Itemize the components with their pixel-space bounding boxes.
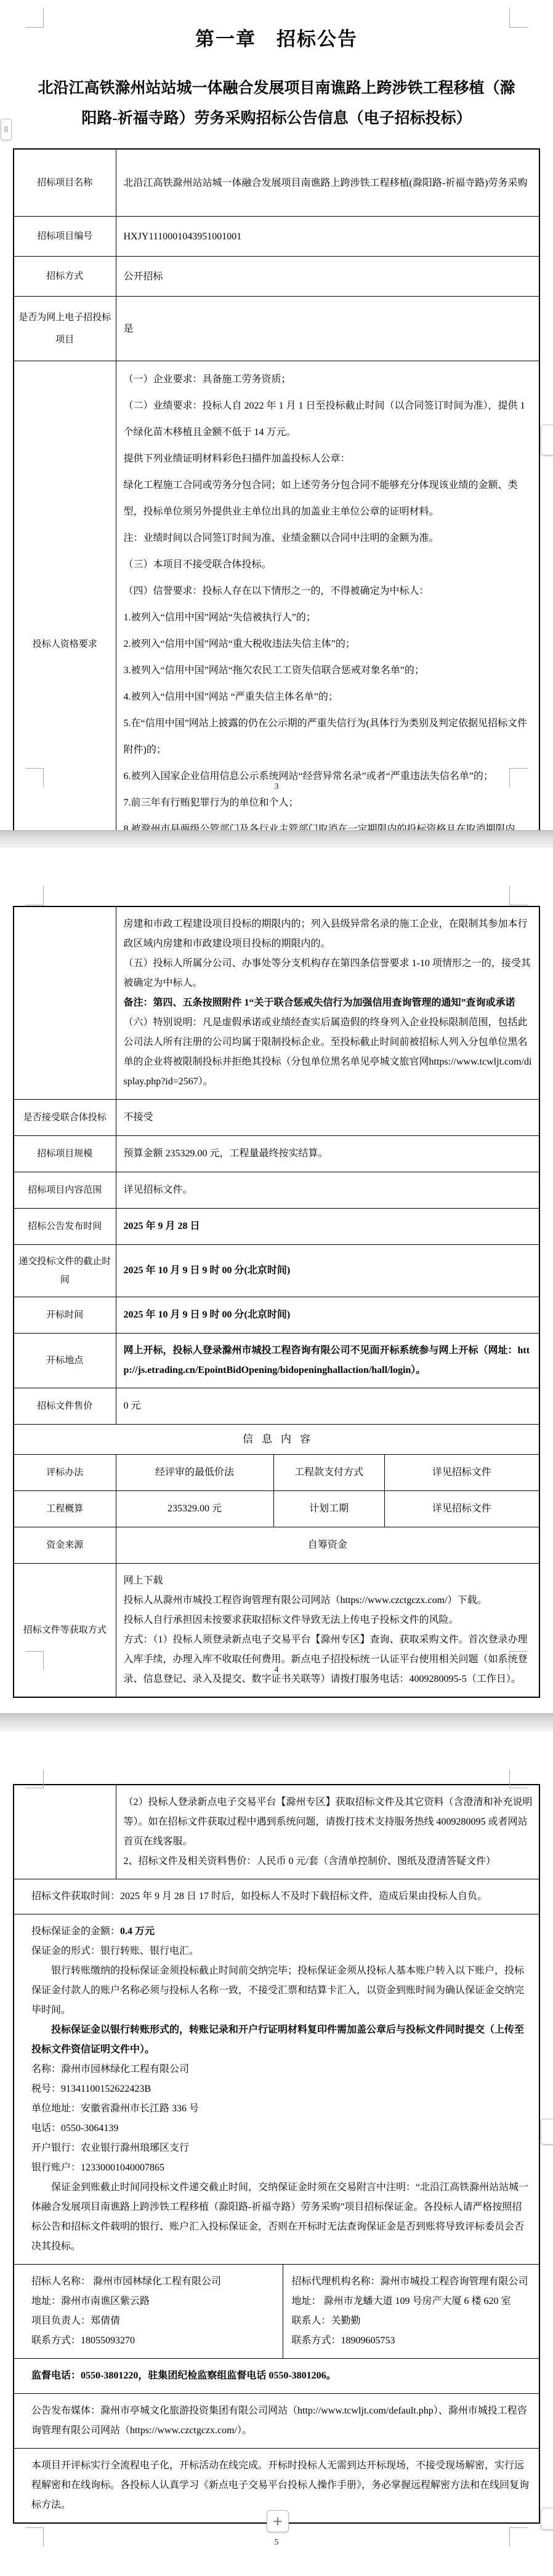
- row-doc-price: 招标文件售价 0 元: [14, 1388, 539, 1425]
- open-place-value: 网上开标，投标人登录滁州市城投工程咨询有限公司不见面开标系统参与网上开标（网址：…: [116, 1334, 539, 1388]
- doc-fetch-label-empty: [14, 1785, 116, 1879]
- row-project-scope: 招标项目内容范围 详见招标文件。: [14, 1172, 539, 1209]
- fund-source-value: 自筹资金: [116, 1527, 539, 1564]
- deposit-amount-value: 0.4 万元: [120, 1926, 155, 1937]
- row-supervise-phone: 监督电话：0550-3801220，驻集团纪检监察组监督电话 0550-3801…: [14, 2359, 539, 2394]
- row-online-ebid: 是否为网上电子招投标项目 是: [14, 297, 539, 361]
- bidder-manager: 项目负责人：郑倩倩: [31, 2311, 274, 2331]
- bidder-address: 地址：滁州市南谯区紫云路: [31, 2292, 274, 2311]
- row-tender-method: 招标方式 公开招标: [14, 257, 539, 297]
- qualification-para: 7.前三年有行贿犯罪行为的单位和个人；: [124, 790, 533, 816]
- info-content-header: 信息内容: [14, 1425, 539, 1455]
- project-name-label: 招标项目名称: [14, 149, 116, 217]
- add-page-button[interactable]: +: [267, 2510, 289, 2532]
- side-toolbar-button[interactable]: [541, 425, 553, 455]
- tender-method-label: 招标方式: [14, 257, 116, 297]
- margin-corner-mark: [509, 9, 528, 28]
- row-project-no: 招标项目编号 HXJY1110001043951001001: [14, 217, 539, 257]
- qualification-label: 投标人资格要求: [14, 361, 116, 831]
- row-announce-time: 招标公告发布时间 2025 年 9 月 28 日: [14, 1209, 539, 1245]
- row-submit-deadline: 递交投标文件的截止时间 2025 年 10 月 9 日 9 时 00 分(北京时…: [14, 1245, 539, 1297]
- project-scale-value: 预算金额 235329.00 元，工程量最终按实结算。: [116, 1136, 539, 1172]
- bidder-phone: 联系方式：18055093270: [31, 2331, 274, 2351]
- deposit-form-line: 保证金的形式：银行转账、银行电汇。: [31, 1942, 530, 1961]
- qualification-para: （二）业绩要求：投标人自 2022 年 1 月 1 日至投标截止时间（以合同签订…: [124, 393, 533, 446]
- pay-method-label: 工程款支付方式: [273, 1455, 384, 1491]
- page-gap: [0, 1713, 553, 1731]
- budget-label: 工程概算: [14, 1491, 116, 1527]
- submit-deadline-label: 递交投标文件的截止时间: [14, 1245, 116, 1297]
- tender-info-table-continued: 房建和市政工程建设项目投标的期限内的；列入县级异常名录的施工企业，在限制其参加本…: [13, 906, 540, 1698]
- qualification-para: 房建和市政工程建设项目投标的期限内的；列入县级异常名录的施工企业，在限制其参加本…: [124, 914, 533, 954]
- qualification-para: 3.被列入“信用中国”网站“拖欠农民工工资失信联合惩戒对象名单”的；: [124, 657, 533, 684]
- deposit-unit-address: 单位地址：安徽省滁州市长江路 336 号: [31, 2099, 530, 2119]
- qualification-para: （六）特别说明：凡是虚假承诺或业绩经查实后属造假的终身列入企业投标限制范围，包括…: [124, 1013, 533, 1092]
- qualification-para: 1.被列入“信用中国”网站“失信被执行人”的；: [124, 604, 533, 631]
- doc-price-value: 0 元: [116, 1388, 539, 1425]
- row-qualification: 投标人资格要求 （一）企业要求：具备施工劳务资质； （二）业绩要求：投标人自 2…: [14, 361, 539, 831]
- row-contacts: 招标人名称： 滁州市园林绿化工程有限公司 地址：滁州市南谯区紫云路 项目负责人：…: [14, 2265, 539, 2359]
- margin-corner-mark: [25, 9, 44, 28]
- qualification-para: （一）企业要求：具备施工劳务资质；: [124, 366, 533, 393]
- doc-fetch-para: （2）投标人登录新点电子交易平台【滁州专区】获取招标文件及其它资料（含澄清和补充…: [124, 1793, 533, 1852]
- announce-time-value: 2025 年 9 月 28 日: [116, 1209, 539, 1245]
- agency-phone: 联系方式：18909605753: [292, 2331, 531, 2351]
- open-place-label: 开标地点: [14, 1334, 116, 1388]
- qualification-note-para: 备注：第四、五条按照附件 1“关于联合惩戒失信行为加强信用查询管理的通知”查询或…: [124, 993, 533, 1013]
- doc-fetch-label: 招标文件等获取方式: [14, 1564, 116, 1698]
- doc-fetch-para: 网上下载: [124, 1571, 533, 1591]
- row-open-place: 开标地点 网上开标，投标人登录滁州市城投工程咨询有限公司不见面开标系统参与网上开…: [14, 1334, 539, 1388]
- eval-method-label: 评标办法: [14, 1455, 116, 1491]
- row-project-name: 招标项目名称 北沿江高铁滁州站站城一体融合发展项目南谯路上跨涉铁工程移植(滁阳路…: [14, 149, 539, 217]
- open-time-value: 2025 年 10 月 9 日 9 时 00 分(北京时间): [116, 1297, 539, 1334]
- page-2: 房建和市政工程建设项目投标的期限内的；列入县级异常名录的施工企业，在限制其参加本…: [0, 848, 553, 1713]
- qualification-label-empty: [14, 906, 116, 1100]
- page-3: （2）投标人登录新点电子交易平台【滁州专区】获取招标文件及其它资料（含澄清和补充…: [0, 1731, 553, 2576]
- project-name-value: 北沿江高铁滁州站站城一体融合发展项目南谯路上跨涉铁工程移植(滁阳路-祈福寺路)劳…: [116, 149, 539, 217]
- qualification-para: （四）信誉要求：投标人存在以下情形之一的，不得被确定为中标人：: [124, 578, 533, 604]
- qualification-para: 4.被列入“信用中国”网站 “严重失信主体名单”的；: [124, 684, 533, 710]
- agency-contact: 联系人：关勤勤: [292, 2311, 531, 2331]
- plus-icon: +: [272, 2514, 283, 2529]
- row-budget-duration: 工程概算 235329.00 元 计划工期 详见招标文件: [14, 1491, 539, 1527]
- row-eval-pay: 评标办法 经评审的最低价法 工程款支付方式 详见招标文件: [14, 1455, 539, 1491]
- tender-info-table-continued-2: （2）投标人登录新点电子交易平台【滁州专区】获取招标文件及其它资料（含澄清和补充…: [13, 1784, 540, 2524]
- pay-method-value: 详见招标文件: [384, 1455, 539, 1491]
- row-open-time: 开标时间 2025 年 10 月 9 日 9 时 00 分(北京时间): [14, 1297, 539, 1334]
- deposit-transfer-para: 银行转账缴纳的投标保证金须投标截止时间前交纳完毕；投标保证金须从投标人基本账户转…: [31, 1961, 530, 2020]
- tender-info-table: 招标项目名称 北沿江高铁滁州站站城一体融合发展项目南谯路上跨涉铁工程移植(滁阳路…: [13, 148, 540, 830]
- deposit-tax-no: 税号：91341100152622423B: [31, 2079, 530, 2099]
- document-title: 北沿江高铁滁州站站城一体融合发展项目南谯路上跨涉铁工程移植（滁阳路-祈福寺路）劳…: [36, 73, 517, 134]
- qualification-para: 绿化工程施工合同或劳务分包合同；如上述劳务分包合同不能够充分体现该业绩的金额、类…: [124, 472, 533, 525]
- joint-bid-label: 是否接受联合体投标: [14, 1100, 116, 1136]
- submit-deadline-value: 2025 年 10 月 9 日 9 时 00 分(北京时间): [116, 1245, 539, 1297]
- margin-corner-mark: [509, 1769, 528, 1788]
- announce-media-text: 公告发布媒体：滁州市亭城文化旅游投资集团有限公司网站（http://www.tc…: [14, 2394, 539, 2449]
- bid-deposit-block: 投标保证金的金额：0.4 万元 保证金的形式：银行转账、银行电汇。 银行转账缴纳…: [14, 1914, 539, 2265]
- deposit-submit-para: 投标保证金以银行转账形式的，转账记录和开户行证明材料复印件需加盖公章后与投标文件…: [31, 2020, 530, 2060]
- row-fetch-time: 招标文件获取时间：2025 年 9 月 28 日 17 时后，如投标人不及时下载…: [14, 1879, 539, 1914]
- duration-value: 详见招标文件: [384, 1491, 539, 1527]
- doc-fetch-para: 投标人从滁州市城投工程咨询管理有限公司网站（https://www.czctgc…: [124, 1591, 533, 1610]
- row-doc-fetch: 招标文件等获取方式 网上下载 投标人从滁州市城投工程咨询管理有限公司网站（htt…: [14, 1564, 539, 1698]
- margin-corner-mark: [25, 886, 44, 905]
- page-number: 3: [0, 782, 553, 792]
- joint-bid-value: 不接受: [116, 1100, 539, 1136]
- page-number: 5: [0, 2538, 553, 2548]
- project-no-value: HXJY1110001043951001001: [116, 217, 539, 257]
- margin-corner-mark: [25, 1769, 44, 1788]
- side-toolbar-button[interactable]: [541, 2119, 553, 2145]
- project-scope-value: 详见招标文件。: [116, 1172, 539, 1209]
- duration-label: 计划工期: [273, 1491, 384, 1527]
- qualification-para: 5.在“信用中国”网站上披露的仍在公示期的严重失信行为(具体行为类别及判定依据见…: [124, 710, 533, 763]
- qualification-para: 提供下列业绩证明材料彩色扫描件加盖投标人公章：: [124, 446, 533, 472]
- bidder-contact-block: 招标人名称： 滁州市园林绿化工程有限公司 地址：滁州市南谯区紫云路 项目负责人：…: [14, 2265, 283, 2359]
- deposit-bank: 开户银行：农业银行滁州琅琊区支行: [31, 2138, 530, 2158]
- qualification-value: （一）企业要求：具备施工劳务资质； （二）业绩要求：投标人自 2022 年 1 …: [116, 361, 539, 831]
- row-doc-fetch-continued: （2）投标人登录新点电子交易平台【滁州专区】获取招标文件及其它资料（含澄清和补充…: [14, 1785, 539, 1879]
- drag-handle-button[interactable]: ⠿: [1, 119, 12, 140]
- doc-fetch-para: 投标人自行承担因未按要求获取招标文件导致无法上传电子投标文件的风险。: [124, 1610, 533, 1630]
- row-bid-deposit: 投标保证金的金额：0.4 万元 保证金的形式：银行转账、银行电汇。 银行转账缴纳…: [14, 1914, 539, 2265]
- margin-corner-mark: [509, 886, 528, 905]
- drag-handle-icon: ⠿: [4, 126, 9, 134]
- online-ebid-label: 是否为网上电子招投标项目: [14, 297, 116, 361]
- doc-price-label: 招标文件售价: [14, 1388, 116, 1425]
- page-gap: [0, 830, 553, 848]
- project-scale-label: 招标项目规模: [14, 1136, 116, 1172]
- qualification-para: （三）本项目不接受联合体投标。: [124, 551, 533, 578]
- doc-fetch-value-continued: （2）投标人登录新点电子交易平台【滁州专区】获取招标文件及其它资料（含澄清和补充…: [116, 1785, 539, 1879]
- deposit-phone: 电话：0550-3064139: [31, 2119, 530, 2138]
- qualification-para: 注：业绩时间以合同签订时间为准、业绩金额以合同中注明的金额为准。: [124, 525, 533, 551]
- doc-fetch-value: 网上下载 投标人从滁州市城投工程咨询管理有限公司网站（https://www.c…: [116, 1564, 539, 1698]
- deposit-note-para: 保证金到账截止时间同投标文件递交截止时间，交纳保证金时须在交易附言中注明：“北沿…: [31, 2178, 530, 2257]
- side-toolbar-button[interactable]: [541, 2508, 553, 2530]
- row-qualification-continued: 房建和市政工程建设项目投标的期限内的；列入县级异常名录的施工企业，在限制其参加本…: [14, 906, 539, 1100]
- row-announce-media: 公告发布媒体：滁州市亭城文化旅游投资集团有限公司网站（http://www.tc…: [14, 2394, 539, 2449]
- row-fund-source: 资金来源 自筹资金: [14, 1527, 539, 1564]
- project-no-label: 招标项目编号: [14, 217, 116, 257]
- page-1: ⠿ 第一章 招标公告 北沿江高铁滁州站站城一体融合发展项目南谯路上跨涉铁工程移植…: [0, 0, 553, 830]
- agency-contact-block: 招标代理机构名称：滁州市城投工程咨询管理有限公司 地址： 滁州市龙蟠大道 109…: [283, 2265, 539, 2359]
- qualification-para: 8.被滁州市县两级公管部门及各行业主管部门取消在一定期限内的投标资格且在取消期限…: [124, 816, 533, 830]
- bidder-name: 招标人名称： 滁州市园林绿化工程有限公司: [31, 2272, 274, 2292]
- row-project-scale: 招标项目规模 预算金额 235329.00 元，工程量最终按实结算。: [14, 1136, 539, 1172]
- agency-name: 招标代理机构名称：滁州市城投工程咨询管理有限公司: [292, 2272, 531, 2292]
- deposit-account-name: 名称：滁州市园林绿化工程有限公司: [31, 2060, 530, 2079]
- deposit-account-no: 银行账户：12330001040007865: [31, 2158, 530, 2178]
- doc-fetch-para: 2、招标文件及相关资料售价：人民币 0 元/套（含清单控制价、图纸及澄清答疑文件…: [124, 1852, 533, 1871]
- deposit-amount-label: 投标保证金的金额：: [31, 1926, 120, 1937]
- chapter-title: 第一章 招标公告: [0, 23, 553, 51]
- deposit-amount-line: 投标保证金的金额：0.4 万元: [31, 1922, 530, 1942]
- budget-value: 235329.00 元: [116, 1491, 273, 1527]
- qualification-para: 2.被列入“信用中国”网站“重大税收违法失信主体”的；: [124, 631, 533, 657]
- row-joint-bid: 是否接受联合体投标 不接受: [14, 1100, 539, 1136]
- open-time-label: 开标时间: [14, 1297, 116, 1334]
- supervise-phone-text: 监督电话：0550-3801220，驻集团纪检监察组监督电话 0550-3801…: [14, 2359, 539, 2394]
- qualification-para: （五）投标人所属分公司、办事处等分支机构存在第四条信誉要求 1-10 项情形之一…: [124, 954, 533, 993]
- online-ebid-value: 是: [116, 297, 539, 361]
- agency-address: 地址： 滁州市龙蟠大道 109 号房产大厦 6 楼 620 室: [292, 2292, 531, 2311]
- fund-source-label: 资金来源: [14, 1527, 116, 1564]
- announce-time-label: 招标公告发布时间: [14, 1209, 116, 1245]
- doc-fetch-para: 方式：（1）投标人须登录新点电子交易平台【滁州专区】查询、获取采购文件。首次登录…: [124, 1630, 533, 1689]
- qualification-value-continued: 房建和市政工程建设项目投标的期限内的；列入县级异常名录的施工企业，在限制其参加本…: [116, 906, 539, 1100]
- eval-method-value: 经评审的最低价法: [116, 1455, 273, 1491]
- tender-method-value: 公开招标: [116, 257, 539, 297]
- project-scope-label: 招标项目内容范围: [14, 1172, 116, 1209]
- page-number: 4: [0, 1665, 553, 1675]
- row-info-header: 信息内容: [14, 1425, 539, 1455]
- fetch-time-text: 招标文件获取时间：2025 年 9 月 28 日 17 时后，如投标人不及时下载…: [14, 1879, 539, 1914]
